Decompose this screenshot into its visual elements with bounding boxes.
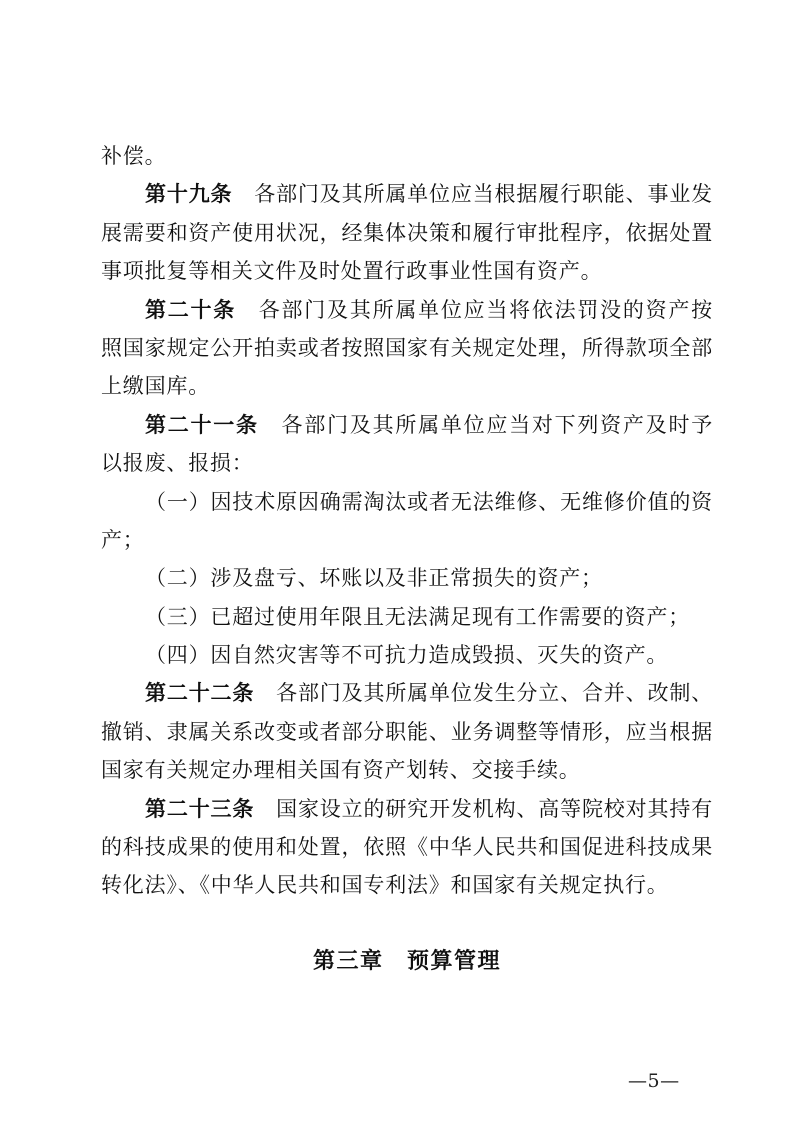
line-text: 各部门及其所属单位应当将依法罚没的资产按 (236, 298, 713, 322)
line-text: （三）已超过使用年限且无法满足现有工作需要的资产； (145, 605, 690, 629)
line-text: 的科技成果的使用和处置，依照《中华人民共和国促进科技成果 (101, 835, 713, 859)
body-text: 补偿。 第十九条 各部门及其所属单位应当根据履行职能、事业发 展需要和资产使用状… (101, 137, 713, 982)
text-line: 事项批复等相关文件及时处置行政事业性国有资产。 (101, 252, 713, 290)
text-line: 撤销、隶属关系改变或者部分职能、业务调整等情形，应当根据 (101, 713, 713, 751)
text-line: （三）已超过使用年限且无法满足现有工作需要的资产； (101, 598, 713, 636)
article-number: 第二十三条 (145, 797, 254, 821)
line-text: 展需要和资产使用状况，经集体决策和履行审批程序，依据处置 (101, 221, 713, 245)
line-text: （四）因自然灾害等不可抗力造成毁损、灭失的资产。 (145, 643, 668, 667)
text-line: 第二十三条 国家设立的研究开发机构、高等院校对其持有 (101, 790, 713, 828)
line-text: 补偿。 (101, 144, 166, 168)
line-text: 撤销、隶属关系改变或者部分职能、业务调整等情形，应当根据 (101, 720, 713, 744)
article-number: 第二十一条 (145, 413, 259, 437)
text-line: 第二十二条 各部门及其所属单位发生分立、合并、改制、 (101, 674, 713, 712)
text-line: 展需要和资产使用状况，经集体决策和履行审批程序，依据处置 (101, 214, 713, 252)
text-line: 转化法》、《中华人民共和国专利法》和国家有关规定执行。 (101, 866, 713, 904)
line-text: 转化法》、《中华人民共和国专利法》和国家有关规定执行。 (101, 873, 669, 897)
line-text: 上缴国库。 (101, 374, 210, 398)
page-number: —5— (628, 1070, 680, 1092)
line-text: （一）因技术原因确需淘汰或者无法维修、无维修价值的资 (145, 490, 713, 514)
text-line: 国家有关规定办理相关国有资产划转、交接手续。 (101, 751, 713, 789)
document-page: 补偿。 第十九条 各部门及其所属单位应当根据履行职能、事业发 展需要和资产使用状… (0, 0, 793, 1122)
text-line: 第十九条 各部门及其所属单位应当根据履行职能、事业发 (101, 175, 713, 213)
line-text: 事项批复等相关文件及时处置行政事业性国有资产。 (101, 259, 602, 283)
article-number: 第二十二条 (145, 681, 254, 705)
line-text: 各部门及其所属单位发生分立、合并、改制、 (254, 681, 713, 705)
line-text: （二）涉及盘亏、坏账以及非正常损失的资产； (145, 566, 603, 590)
article-number: 第二十条 (145, 298, 236, 322)
text-line: 补偿。 (101, 137, 713, 175)
line-text: 各部门及其所属单位应当对下列资产及时予 (259, 413, 713, 437)
text-line: （二）涉及盘亏、坏账以及非正常损失的资产； (101, 559, 713, 597)
article-number: 第十九条 (145, 182, 232, 206)
text-line: 产； (101, 521, 713, 559)
text-line: （一）因技术原因确需淘汰或者无法维修、无维修价值的资 (101, 483, 713, 521)
text-line: 的科技成果的使用和处置，依照《中华人民共和国促进科技成果 (101, 828, 713, 866)
line-text: 以报废、报损： (101, 451, 254, 475)
line-text: 照国家规定公开拍卖或者按照国家有关规定处理，所得款项全部 (101, 336, 713, 360)
text-line: 第二十一条 各部门及其所属单位应当对下列资产及时予 (101, 406, 713, 444)
text-line: 上缴国库。 (101, 367, 713, 405)
text-line: 第二十条 各部门及其所属单位应当将依法罚没的资产按 (101, 291, 713, 329)
text-line: 照国家规定公开拍卖或者按照国家有关规定处理，所得款项全部 (101, 329, 713, 367)
text-line: （四）因自然灾害等不可抗力造成毁损、灭失的资产。 (101, 636, 713, 674)
line-text: 产； (101, 528, 145, 552)
line-text: 国家有关规定办理相关国有资产划转、交接手续。 (101, 758, 581, 782)
chapter-heading: 第三章 预算管理 (101, 943, 713, 981)
line-text: 国家设立的研究开发机构、高等院校对其持有 (254, 797, 713, 821)
text-line: 以报废、报损： (101, 444, 713, 482)
line-text: 各部门及其所属单位应当根据履行职能、事业发 (232, 182, 713, 206)
